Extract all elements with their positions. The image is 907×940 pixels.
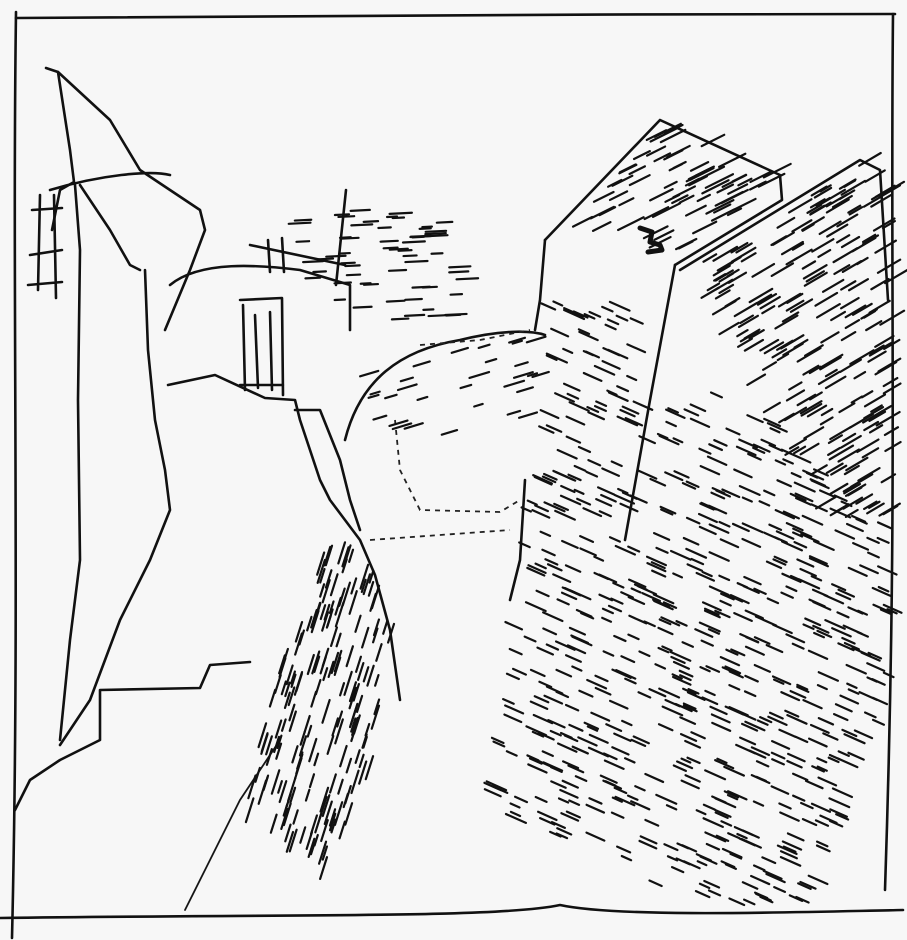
ink-sketch [0, 0, 907, 940]
paper-background [0, 0, 907, 940]
